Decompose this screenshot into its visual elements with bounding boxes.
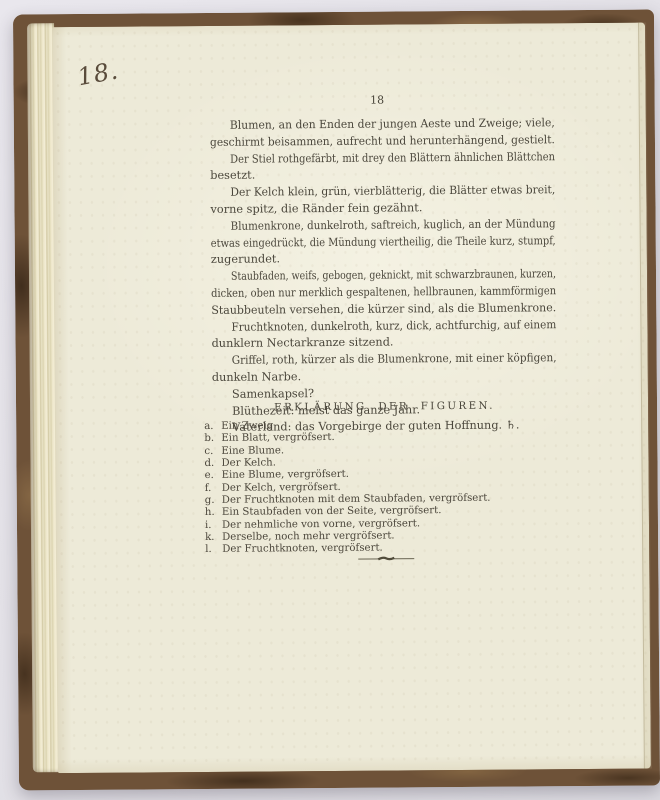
figure-label: g. (205, 495, 222, 506)
figure-text: Ein Zweig. (221, 420, 276, 431)
text-line-content: vorne spitz, die Ränder fein gezähnt. (210, 201, 422, 216)
figure-label: l. (205, 544, 222, 555)
figure-label: a. (204, 421, 221, 432)
text-line-content: dunkeln Narbe. (212, 370, 301, 384)
text-line-content: Staubbeuteln versehen, die kürzer sind, … (211, 301, 556, 317)
end-ornament-divider (213, 553, 558, 575)
text-line-content: dunklern Nectarkranze sitzend. (212, 336, 394, 350)
book-page: 18. 18 Blumen, an den Enden der jungen A… (52, 23, 651, 774)
scanned-book-photo: 18. 18 Blumen, an den Enden der jungen A… (0, 0, 660, 800)
figure-label: k. (205, 532, 222, 543)
text-line-content: Fruchtknoten, dunkelroth, kurz, dick, ac… (231, 318, 556, 334)
text-line-content: Samenkapsel? (232, 387, 314, 401)
text-line-content: Der Stiel rothgefärbt, mit drey den Blät… (230, 150, 555, 166)
text-line-content: geschirmt beisammen, aufrecht und herunt… (210, 133, 555, 149)
text-line-content: Blumen, an den Enden der jungen Aeste un… (230, 116, 555, 132)
book: 18. 18 Blumen, an den Enden der jungen A… (0, 0, 660, 800)
text-line-content: Blumenkrone, dunkelroth, saftreich, kugl… (231, 217, 556, 233)
text-line-content: Der Kelch klein, grün, vierblätterig, di… (230, 183, 555, 199)
text-line-content: Griffel, roth, kürzer als die Blumenkron… (232, 351, 557, 367)
text-line-content: Staubfaden, weifs, gebogen, geknickt, mi… (231, 267, 556, 283)
printed-page-number: 18 (205, 92, 550, 108)
figure-text: Derselbe, noch mehr vergröfsert. (222, 531, 395, 543)
figure-label: f. (205, 483, 222, 494)
figure-text: Ein Blatt, vergröfsert. (221, 432, 334, 444)
figure-text: Der Kelch, vergröfsert. (222, 482, 341, 494)
swelled-rule-ornament (356, 554, 416, 562)
figure-label: e. (205, 470, 222, 481)
text-line-content: dicken, oben nur merklich gespaltenen, h… (211, 284, 556, 300)
figures-heading-text: ERKLÄRUNG DER FIGUREN. (274, 400, 495, 414)
figure-label: b. (204, 433, 221, 444)
figure-label: c. (204, 446, 221, 457)
figure-label: i. (205, 520, 222, 531)
figure-label: h. (205, 507, 222, 518)
figure-text: Ein Staubfaden von der Seite, vergröfser… (222, 506, 442, 519)
figure-text: Eine Blume. (221, 445, 284, 456)
handwritten-page-number: 18. (75, 56, 121, 91)
figure-text: Eine Blume, vergröfsert. (222, 469, 349, 481)
figure-label: d. (204, 458, 221, 469)
figure-text: Der Fruchtknoten, vergröfsert. (222, 543, 383, 555)
figure-text: Der Fruchtknoten mit dem Staubfaden, ver… (222, 493, 491, 506)
body-text: Blumen, an den Enden der jungen Aeste un… (210, 116, 557, 438)
figure-text: Der Kelch. (221, 457, 276, 468)
text-line-content: etwas eingedrückt, die Mündung viertheil… (211, 234, 556, 250)
figure-text: Der nehmliche von vorne, vergröfsert. (222, 518, 420, 531)
figure-list: a.Ein Zweig.b.Ein Blatt, vergröfsert.c.E… (204, 418, 609, 557)
text-line-content: zugerundet. (211, 253, 280, 267)
text-line-content: besetzt. (210, 169, 255, 182)
